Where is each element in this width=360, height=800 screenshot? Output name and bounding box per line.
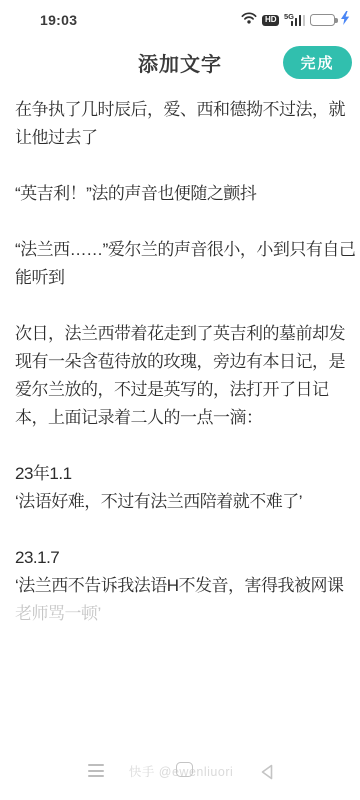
text-line-faded: 老师骂一顿’ [15, 600, 346, 628]
header: 添加文字 完成 [0, 34, 360, 90]
text-line: 能听到 [15, 264, 346, 292]
text-line: 23.1.7 [15, 544, 346, 572]
text-line: 在争执了几时辰后，爱、西和德拗不过法，就 [15, 96, 346, 124]
text-line: “法兰西……”爱尔兰的声音很小，小到只有自己 [15, 236, 346, 264]
text-editor-area[interactable]: 在争执了几时辰后，爱、西和德拗不过法，就 让他过去了 “英吉利！”法的声音也便随… [0, 90, 360, 628]
home-icon[interactable] [176, 762, 193, 777]
paragraph: 次日，法兰西带着花走到了英吉利的墓前却发 现有一朵含苞待放的玫瑰，旁边有本日记，… [15, 320, 346, 432]
paragraph: 在争执了几时辰后，爱、西和德拗不过法，就 让他过去了 [15, 96, 346, 152]
text-line: ‘法兰西不告诉我法语H不发音，害得我被网课 [15, 572, 346, 600]
paragraph: “英吉利！”法的声音也便随之颤抖 [15, 180, 346, 208]
page-title: 添加文字 [138, 48, 222, 77]
wifi-icon [241, 11, 257, 29]
signal-5g-icon: 5G [284, 13, 305, 27]
text-line: “英吉利！”法的声音也便随之颤抖 [15, 180, 346, 208]
text-line: 次日，法兰西带着花走到了英吉利的墓前却发 [15, 320, 346, 348]
menu-icon[interactable] [88, 764, 104, 777]
status-icons: HD 5G [241, 11, 350, 30]
done-button[interactable]: 完成 [283, 46, 352, 79]
text-line: 让他过去了 [15, 124, 346, 152]
text-line: 现有一朵含苞待放的玫瑰，旁边有本日记，是 [15, 348, 346, 376]
clock: 19:03 [40, 12, 77, 28]
text-line: 爱尔兰放的，不过是英写的，法打开了日记 [15, 376, 346, 404]
status-bar: 19:03 HD 5G [0, 0, 360, 34]
paragraph: 23.1.7 ‘法兰西不告诉我法语H不发音，害得我被网课 老师骂一顿’ [15, 544, 346, 628]
text-line: 本，上面记录着二人的一点一滴： [15, 404, 346, 432]
battery-icon [310, 14, 335, 27]
back-icon[interactable] [257, 762, 277, 787]
text-line: ‘法语好难，不过有法兰西陪着就不难了’ [15, 488, 346, 516]
hd-icon: HD [262, 15, 279, 26]
paragraph: “法兰西……”爱尔兰的声音很小，小到只有自己 能听到 [15, 236, 346, 292]
navigation-bar: 快手 @ewenliuori [0, 742, 360, 800]
charging-bolt-icon [340, 11, 350, 30]
paragraph: 23年1.1 ‘法语好难，不过有法兰西陪着就不难了’ [15, 460, 346, 516]
text-line: 23年1.1 [15, 460, 346, 488]
